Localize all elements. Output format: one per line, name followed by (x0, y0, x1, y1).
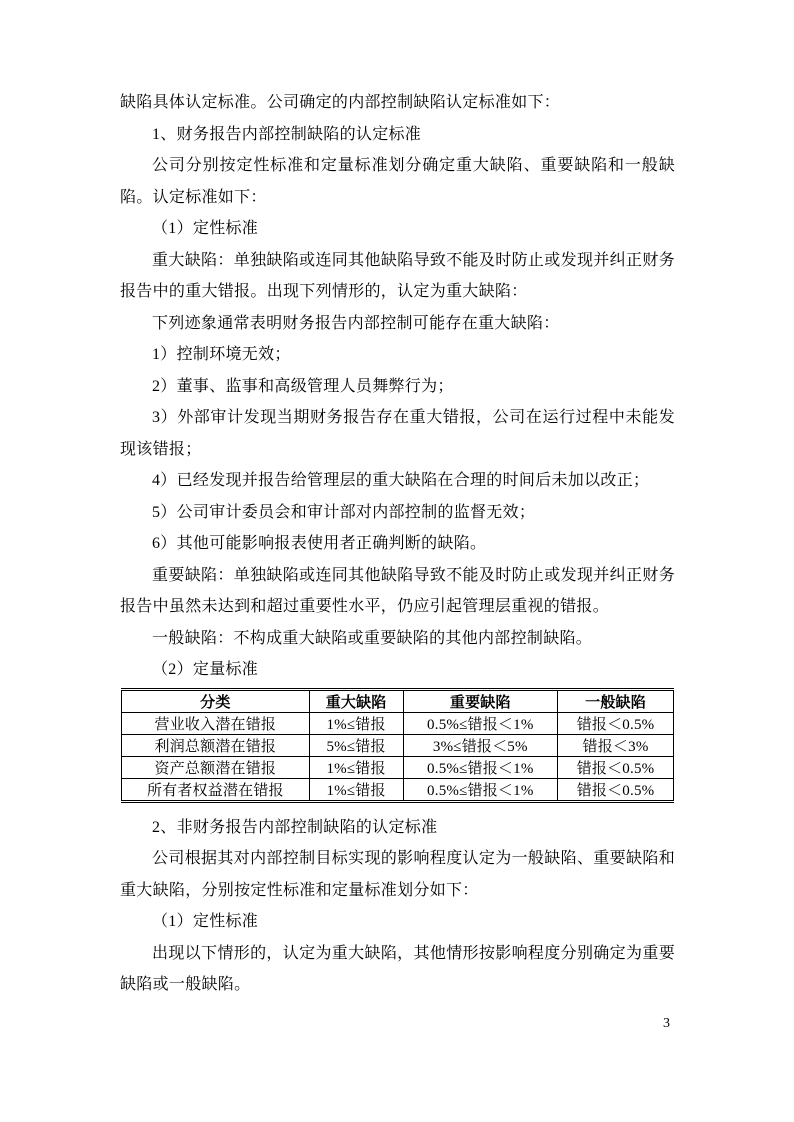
section-non-financial-report: 2、非财务报告内部控制缺陷的认定标准 公司根据其对内部控制目标实现的影响程度认定… (120, 812, 675, 1001)
table-cell: 所有者权益潜在错报 (122, 778, 310, 801)
paragraph: 出现以下情形的，认定为重大缺陷，其他情形按影响程度分别确定为重要缺陷或一般缺陷。 (120, 938, 675, 1001)
paragraph: 缺陷具体认定标准。公司确定的内部控制缺陷认定标准如下： (120, 87, 675, 119)
document-body: 缺陷具体认定标准。公司确定的内部控制缺陷认定标准如下： 1、财务报告内部控制缺陷… (120, 87, 675, 1001)
heading-quantitative-standard: （2）定量标准 (120, 654, 675, 686)
table-cell: 0.5%≤错报＜1% (403, 712, 558, 734)
table-cell: 错报＜0.5% (558, 712, 674, 734)
list-item: 4）已经发现并报告给管理层的重大缺陷在合理的时间后未加以改正； (120, 465, 675, 497)
table-header-major-deficiency: 重大缺陷 (309, 689, 403, 712)
paragraph: 一般缺陷：不构成重大缺陷或重要缺陷的其他内部控制缺陷。 (120, 623, 675, 655)
table-cell: 营业收入潜在错报 (122, 712, 310, 734)
quantitative-standards-table: 分类 重大缺陷 重要缺陷 一般缺陷 营业收入潜在错报 1%≤错报 0.5%≤错报… (121, 688, 674, 803)
heading-financial-report-standard: 1、财务报告内部控制缺陷的认定标准 (120, 119, 675, 151)
paragraph: 下列迹象通常表明财务报告内部控制可能存在重大缺陷： (120, 308, 675, 340)
table-header-important-deficiency: 重要缺陷 (403, 689, 558, 712)
table-cell: 错报＜0.5% (558, 756, 674, 778)
table-cell: 1%≤错报 (309, 778, 403, 801)
list-item: 1）控制环境无效； (120, 339, 675, 371)
table-row: 营业收入潜在错报 1%≤错报 0.5%≤错报＜1% 错报＜0.5% (122, 712, 674, 734)
table-cell: 资产总额潜在错报 (122, 756, 310, 778)
table-cell: 错报＜3% (558, 734, 674, 756)
paragraph: 公司根据其对内部控制目标实现的影响程度认定为一般缺陷、重要缺陷和重大缺陷，分别按… (120, 843, 675, 906)
table-header-general-deficiency: 一般缺陷 (558, 689, 674, 712)
list-item: 3）外部审计发现当期财务报告存在重大错报，公司在运行过程中未能发现该错报； (120, 402, 675, 465)
list-item: 2）董事、监事和高级管理人员舞弊行为； (120, 371, 675, 403)
table-cell: 利润总额潜在错报 (122, 734, 310, 756)
document-page: 缺陷具体认定标准。公司确定的内部控制缺陷认定标准如下： 1、财务报告内部控制缺陷… (0, 0, 794, 1122)
table-row: 所有者权益潜在错报 1%≤错报 0.5%≤错报＜1% 错报＜0.5% (122, 778, 674, 801)
table-row: 利润总额潜在错报 5%≤错报 3%≤错报＜5% 错报＜3% (122, 734, 674, 756)
table-header-row: 分类 重大缺陷 重要缺陷 一般缺陷 (122, 689, 674, 712)
list-item: 5）公司审计委员会和审计部对内部控制的监督无效； (120, 497, 675, 529)
table-cell: 1%≤错报 (309, 756, 403, 778)
table-cell: 1%≤错报 (309, 712, 403, 734)
list-item: 6）其他可能影响报表使用者正确判断的缺陷。 (120, 528, 675, 560)
heading-non-financial-report-standard: 2、非财务报告内部控制缺陷的认定标准 (120, 812, 675, 844)
paragraph: 重要缺陷：单独缺陷或连同其他缺陷导致不能及时防止或发现并纠正财务报告中虽然未达到… (120, 560, 675, 623)
table-cell: 0.5%≤错报＜1% (403, 756, 558, 778)
table-cell: 错报＜0.5% (558, 778, 674, 801)
table-cell: 0.5%≤错报＜1% (403, 778, 558, 801)
paragraph: 重大缺陷：单独缺陷或连同其他缺陷导致不能及时防止或发现并纠正财务报告中的重大错报… (120, 245, 675, 308)
table-row: 资产总额潜在错报 1%≤错报 0.5%≤错报＜1% 错报＜0.5% (122, 756, 674, 778)
page-number: 3 (663, 1016, 670, 1032)
heading-qualitative-standard-2: （1）定性标准 (120, 906, 675, 938)
heading-qualitative-standard: （1）定性标准 (120, 213, 675, 245)
paragraph: 公司分别按定性标准和定量标准划分确定重大缺陷、重要缺陷和一般缺陷。认定标准如下： (120, 150, 675, 213)
table-header-category: 分类 (122, 689, 310, 712)
table-cell: 3%≤错报＜5% (403, 734, 558, 756)
table-cell: 5%≤错报 (309, 734, 403, 756)
